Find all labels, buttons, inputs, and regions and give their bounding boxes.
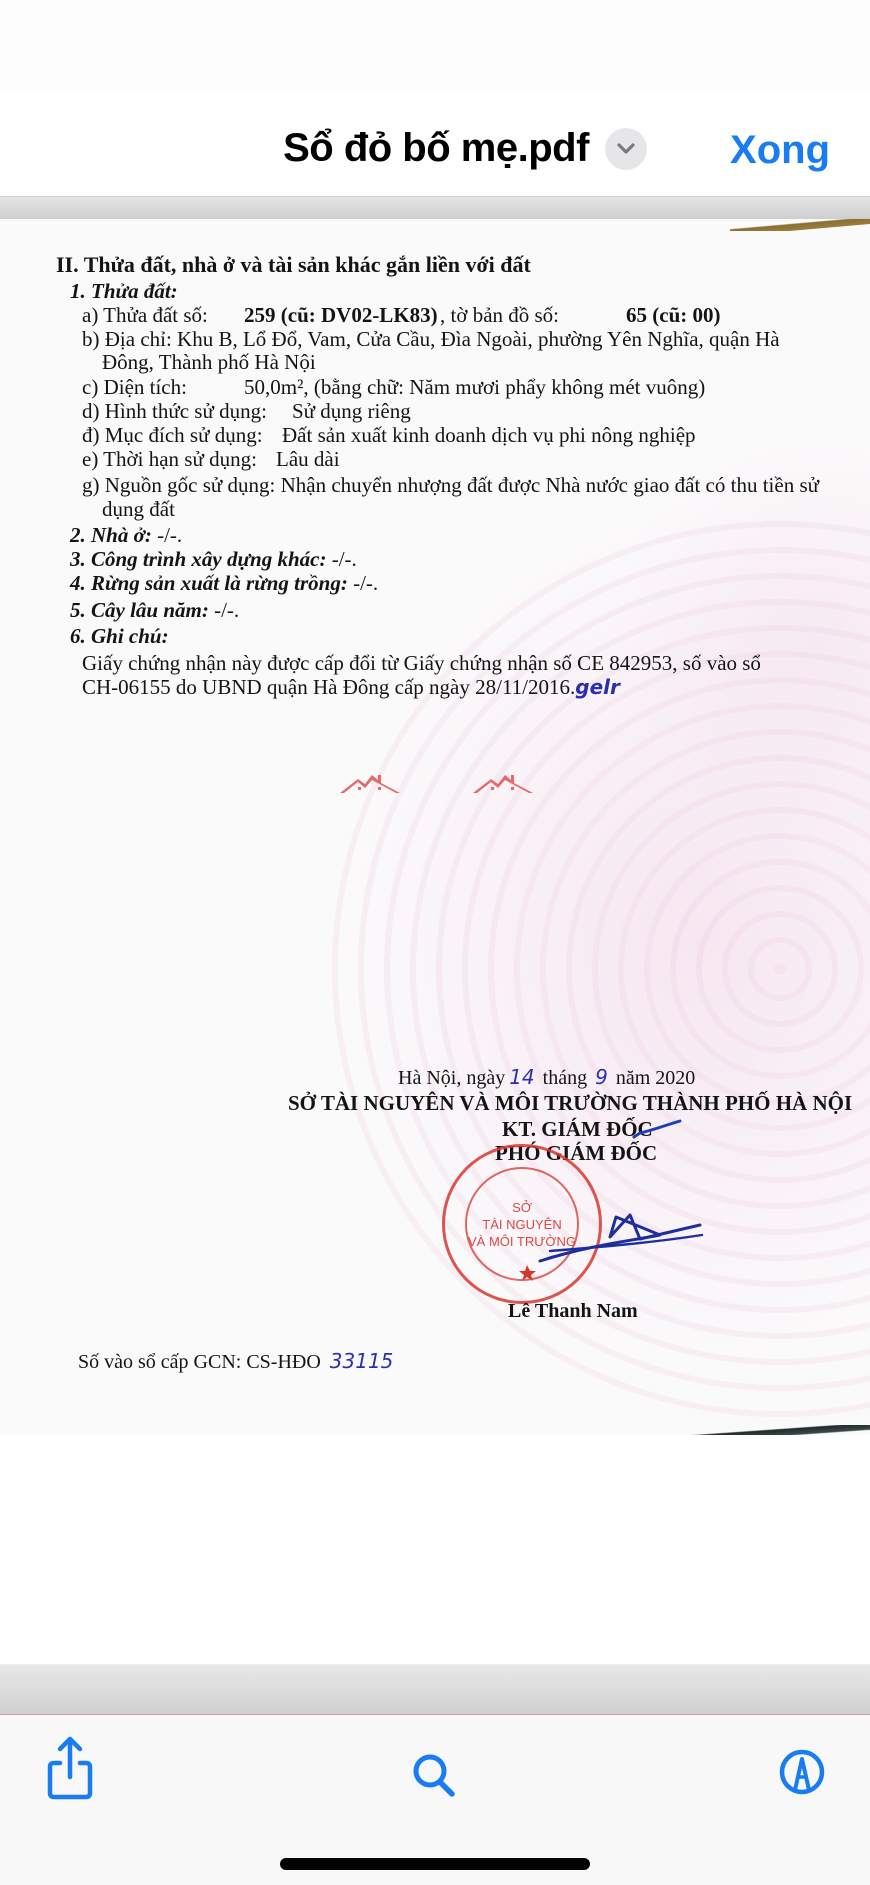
markup-pen-icon xyxy=(778,1747,826,1797)
issuing-agency: SỞ TÀI NGUYÊN VÀ MÔI TRƯỜNG THÀNH PHỐ HÀ… xyxy=(288,1091,852,1115)
share-button[interactable] xyxy=(44,1735,96,1806)
trees-label: 5. Cây lâu năm: xyxy=(70,598,209,622)
usage-form-value: Sử dụng riêng xyxy=(292,399,411,423)
parcel-heading: 1. Thửa đất: xyxy=(70,279,178,303)
signer-name: Lê Thanh Nam xyxy=(508,1299,638,1323)
search-button[interactable] xyxy=(410,1751,458,1804)
forest-value: -/-. xyxy=(353,571,378,595)
registry-label: Số vào sổ cấp GCN: CS-HĐO xyxy=(78,1351,321,1373)
notes-line-2-text: CH-06155 do UBND quận Hà Đông cấp ngày 2… xyxy=(82,675,575,699)
registry-row: Số vào sổ cấp GCN: CS-HĐO 33115 xyxy=(78,1349,393,1374)
house-label: 2. Nhà ở: xyxy=(70,523,152,547)
construction-label: 3. Công trình xây dựng khác: xyxy=(70,547,326,571)
pdf-page: II. Thửa đất, nhà ở và tài sản khác gắn … xyxy=(0,219,870,1435)
address-line-1: b) Địa chỉ: Khu B, Lổ Đổ, Vam, Cửa Cầu, … xyxy=(82,327,780,351)
map-sheet-label: , tờ bản đồ số: xyxy=(440,303,559,327)
trees-value: -/-. xyxy=(214,598,239,622)
place-date: Hà Nội, ngày14tháng9năm 2020 xyxy=(398,1065,695,1090)
month-label: tháng xyxy=(543,1067,587,1089)
parcel-number-value: 259 (cũ: DV02-LK83) xyxy=(244,303,438,327)
handwritten-registry-number: 33115 xyxy=(330,1349,394,1373)
handwritten-month: 9 xyxy=(595,1065,608,1089)
trees-row: 5. Cây lâu năm: -/-. xyxy=(70,598,239,622)
origin-line-2: dụng đất xyxy=(102,497,175,521)
handwritten-initials: gelr xyxy=(575,675,620,699)
signature xyxy=(530,1117,710,1267)
construction-row: 3. Công trình xây dựng khác: -/-. xyxy=(70,547,357,571)
area-label: c) Diện tích: xyxy=(82,375,187,399)
section-heading: II. Thửa đất, nhà ở và tài sản khác gắn … xyxy=(56,253,531,277)
year-label: năm 2020 xyxy=(616,1067,695,1089)
handwritten-day: 14 xyxy=(509,1065,534,1089)
share-icon xyxy=(44,1735,96,1801)
place-date-prefix: Hà Nội, ngày xyxy=(398,1067,505,1089)
area-value: 50,0m², (bằng chữ: Năm mươi phẩy không m… xyxy=(244,375,705,399)
viewer-top-shadow xyxy=(0,197,870,219)
notes-line-2: CH-06155 do UBND quận Hà Đông cấp ngày 2… xyxy=(82,675,620,699)
house-row: 2. Nhà ở: -/-. xyxy=(70,523,182,547)
status-bar xyxy=(0,0,870,90)
done-button[interactable]: Xong xyxy=(730,128,830,173)
chevron-down-icon[interactable] xyxy=(605,128,647,170)
page-edge xyxy=(680,1425,870,1435)
address-line-2: Đông, Thành phố Hà Nội xyxy=(102,350,316,374)
notes-line-1: Giấy chứng nhận này được cấp đổi từ Giấy… xyxy=(82,651,761,675)
home-indicator[interactable] xyxy=(280,1858,590,1870)
notes-label: 6. Ghi chú: xyxy=(70,624,169,648)
viewer-bottom-shadow xyxy=(0,1664,870,1715)
construction-value: -/-. xyxy=(332,547,357,571)
forest-label: 4. Rừng sản xuất là rừng trồng: xyxy=(70,571,348,595)
search-icon xyxy=(410,1751,458,1799)
usage-purpose-label: đ) Mục đích sử dụng: xyxy=(82,423,263,447)
parcel-number-label: a) Thửa đất số: xyxy=(82,303,208,327)
usage-term-value: Lâu dài xyxy=(276,447,340,471)
house-roof-logo xyxy=(471,771,535,795)
nav-header: Sổ đỏ bố mẹ.pdf Xong xyxy=(0,90,870,197)
usage-term-label: e) Thời hạn sử dụng: xyxy=(82,447,257,471)
usage-form-label: d) Hình thức sử dụng: xyxy=(82,399,267,423)
map-sheet-value: 65 (cũ: 00) xyxy=(626,303,720,327)
forest-row: 4. Rừng sản xuất là rừng trồng: -/-. xyxy=(70,571,378,595)
pdf-viewer[interactable]: II. Thửa đất, nhà ở và tài sản khác gắn … xyxy=(0,219,870,1664)
house-value: -/-. xyxy=(157,523,182,547)
document-title[interactable]: Sổ đỏ bố mẹ.pdf xyxy=(283,126,589,171)
usage-purpose-value: Đất sản xuất kinh doanh dịch vụ phi nông… xyxy=(282,423,696,447)
markup-button[interactable] xyxy=(778,1747,826,1802)
page-edge xyxy=(730,219,870,231)
house-roof-logo xyxy=(338,771,402,795)
origin-line-1: g) Nguồn gốc sử dụng: Nhận chuyển nhượng… xyxy=(82,473,819,497)
